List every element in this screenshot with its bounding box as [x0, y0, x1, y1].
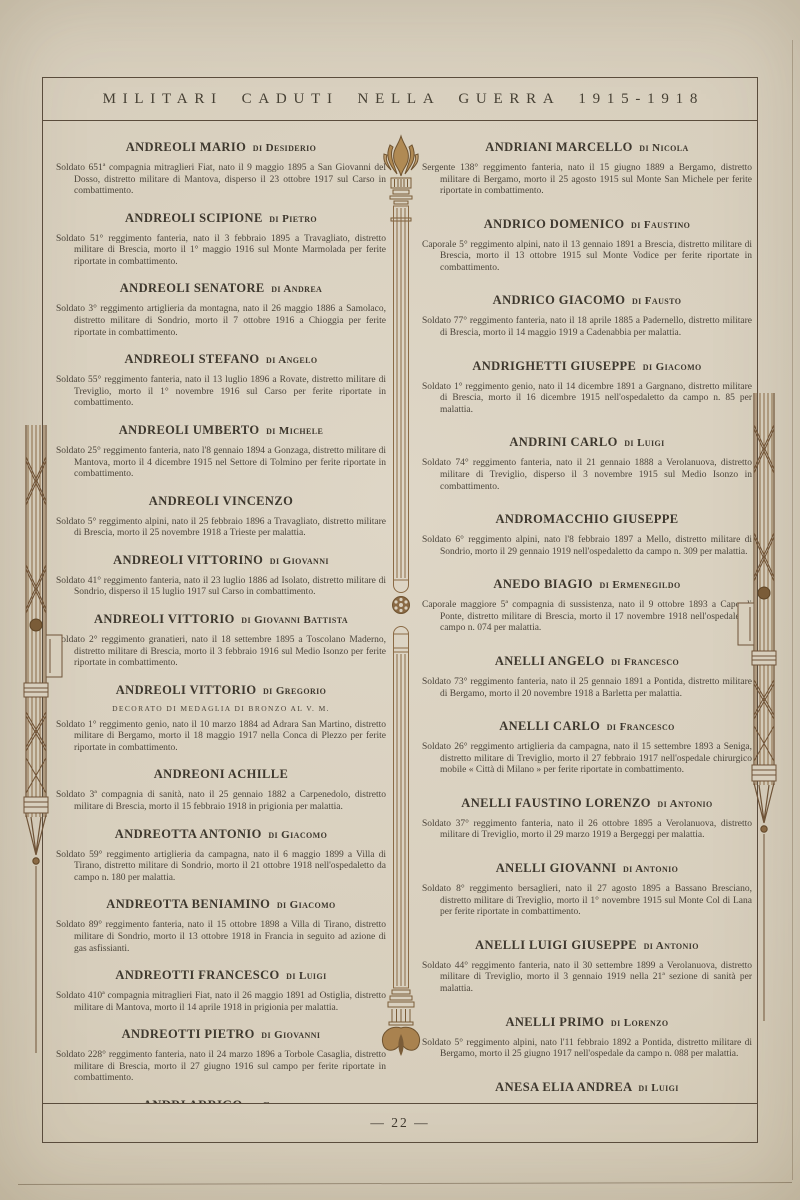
casualty-entry: ANDREOLI SCIPIONE di Pietro Soldato 51° … — [56, 211, 386, 269]
entry-text: Sergente 138° reggimento fanteria, nato … — [422, 163, 752, 198]
entry-patronymic: di Gregorio — [263, 685, 326, 697]
entry-name-heading: ANELLI PRIMO di Lorenzo — [422, 1015, 752, 1030]
entry-patronymic: di Antonio — [657, 798, 712, 810]
entry-patronymic: di Francesco — [607, 721, 675, 733]
entry-name-heading: ANELLI LUIGI GIUSEPPE di Antonio — [422, 938, 752, 953]
casualty-entry: ANDRIANI MARCELLO di Nicola Sergente 138… — [422, 140, 752, 198]
entry-name-heading: ANELLI GIOVANNI di Antonio — [422, 861, 752, 876]
entry-patronymic: di Giacomo — [268, 829, 327, 841]
entry-surname: ANELLI GIOVANNI — [496, 861, 617, 875]
entry-name-heading: ANELLI CARLO di Francesco — [422, 719, 752, 734]
entry-surname: ANDREOLI SCIPIONE — [125, 211, 263, 225]
entry-decoration-note: DECORATO DI MEDAGLIA DI BRONZO AL V. M. — [56, 704, 386, 713]
page-right-edge — [792, 40, 793, 1180]
entry-patronymic: di Angelo — [266, 354, 317, 366]
entry-text: Soldato 55° reggimento fanteria, nato il… — [56, 375, 386, 410]
casualty-entry: ANDRIGHETTI GIUSEPPE di Giacomo Soldato … — [422, 359, 752, 417]
casualty-entry: ANDREOTTA ANTONIO di Giacomo Soldato 59°… — [56, 827, 386, 885]
entry-text: Soldato 5° reggimento alpini, nato il 25… — [56, 517, 386, 540]
entry-name-heading: ANDREOLI VINCENZO — [56, 494, 386, 509]
right-column: ANDRIANI MARCELLO di Nicola Sergente 138… — [422, 131, 752, 1103]
entry-surname: ANDREOTTA BENIAMINO — [106, 897, 270, 911]
entry-patronymic: di Antonio — [623, 863, 678, 875]
entry-patronymic: di Giacomo — [643, 361, 702, 373]
casualty-entry: ANELLI GIOVANNI di Antonio Soldato 8° re… — [422, 861, 752, 919]
entry-patronymic: di Luigi — [638, 1082, 678, 1094]
entry-text: Soldato 8° reggimento bersaglieri, nato … — [422, 884, 752, 919]
entry-patronymic: di Lorenzo — [611, 1017, 669, 1029]
entry-surname: ANDRI ARRIGO — [143, 1098, 243, 1103]
entry-name-heading: ANEDO BIAGIO di Ermenegildo — [422, 577, 752, 592]
casualty-entry: ANDROMACCHIO GIUSEPPE Soldato 6° reggime… — [422, 512, 752, 558]
entry-name-heading: ANDRI ARRIGO di Cesare — [56, 1098, 386, 1103]
entry-surname: ANELLI CARLO — [499, 719, 600, 733]
casualty-entry: ANDRICO DOMENICO di Faustino Caporale 5°… — [422, 217, 752, 275]
entry-text: Soldato 26° reggimento artiglieria da ca… — [422, 742, 752, 777]
entry-name-heading: ANDREOTTI FRANCESCO di Luigi — [56, 968, 386, 983]
entry-surname: ANDRINI CARLO — [509, 435, 617, 449]
entry-patronymic: di Desiderio — [253, 142, 317, 154]
entry-patronymic: di Giovanni — [270, 555, 329, 567]
casualty-entry: ANELLI FAUSTINO LORENZO di Antonio Solda… — [422, 796, 752, 842]
entry-text: Soldato 59° reggimento artiglieria da ca… — [56, 850, 386, 885]
entry-name-heading: ANDREOLI STEFANO di Angelo — [56, 352, 386, 367]
entry-surname: ANDREOLI STEFANO — [124, 352, 259, 366]
page-number: — 22 — — [370, 1115, 429, 1131]
entry-patronymic: di Michele — [266, 425, 323, 437]
entry-name-heading: ANDREOTTI PIETRO di Giovanni — [56, 1027, 386, 1042]
casualty-entry: ANELLI LUIGI GIUSEPPE di Antonio Soldato… — [422, 938, 752, 996]
entry-surname: ANDREOLI UMBERTO — [119, 423, 260, 437]
entry-surname: ANELLI ANGELO — [495, 654, 605, 668]
entry-name-heading: ANDROMACCHIO GIUSEPPE — [422, 512, 752, 527]
casualty-entry: ANDREOLI VINCENZO Soldato 5° reggimento … — [56, 494, 386, 540]
entry-name-heading: ANDRINI CARLO di Luigi — [422, 435, 752, 450]
entry-patronymic: di Pietro — [269, 213, 317, 225]
entry-patronymic: di Fausto — [632, 295, 681, 307]
page-bottom-edge — [18, 1182, 792, 1185]
entry-name-heading: ANDREOTTA BENIAMINO di Giacomo — [56, 897, 386, 912]
casualty-entry: ANDREOLI VITTORIO di Gregorio DECORATO D… — [56, 683, 386, 755]
entry-name-heading: ANDREONI ACHILLE — [56, 767, 386, 782]
entry-patronymic: di Andrea — [271, 283, 322, 295]
entry-name-heading: ANDREOLI UMBERTO di Michele — [56, 423, 386, 438]
entry-surname: ANDRIANI MARCELLO — [485, 140, 632, 154]
entry-text: Soldato 1° reggimento genio, nato il 14 … — [422, 382, 752, 417]
entry-text: Soldato 25° reggimento fanteria, nato l'… — [56, 446, 386, 481]
entry-text: Soldato 51° reggimento fanteria, nato il… — [56, 234, 386, 269]
entry-patronymic: di Giovanni Battista — [241, 614, 348, 626]
scanned-page: MILITARI CADUTI NELLA GUERRA 1915-1918 A… — [0, 0, 800, 1200]
entry-surname: ANDREONI ACHILLE — [154, 767, 289, 781]
casualty-entry: ANDREOLI UMBERTO di Michele Soldato 25° … — [56, 423, 386, 481]
casualty-entry: ANELLI ANGELO di Francesco Soldato 73° r… — [422, 654, 752, 700]
page-title: MILITARI CADUTI NELLA GUERRA 1915-1918 — [96, 91, 704, 108]
left-column: ANDREOLI MARIO di Desiderio Soldato 651ª… — [56, 131, 386, 1103]
entry-surname: ANELLI PRIMO — [505, 1015, 604, 1029]
page-footer: — 22 — — [43, 1103, 757, 1142]
entry-surname: ANEDO BIAGIO — [493, 577, 593, 591]
page-header: MILITARI CADUTI NELLA GUERRA 1915-1918 — [43, 78, 757, 121]
entry-surname: ANDRICO GIACOMO — [493, 293, 626, 307]
entry-patronymic: di Faustino — [631, 219, 690, 231]
casualty-entry: ANDRICO GIACOMO di Fausto Soldato 77° re… — [422, 293, 752, 339]
entry-patronymic: di Ermenegildo — [600, 579, 681, 591]
entries-area: ANDREOLI MARIO di Desiderio Soldato 651ª… — [43, 121, 757, 1103]
entry-text: Soldato 74° reggimento fanteria, nato il… — [422, 458, 752, 493]
entry-patronymic: di Giovanni — [261, 1029, 320, 1041]
entry-surname: ANDREOLI VITTORIO — [94, 612, 235, 626]
entry-surname: ANDREOLI VITTORINO — [113, 553, 263, 567]
entry-text: Soldato 3ª compagnia di sanità, nato il … — [56, 790, 386, 813]
entry-text: Soldato 44° reggimento fanteria, nato il… — [422, 961, 752, 996]
entry-text: Soldato 41° reggimento fanteria, nato il… — [56, 576, 386, 599]
entry-text: Caporale maggiore 5ª compagnia di sussis… — [422, 600, 752, 635]
casualty-entry: ANDRINI CARLO di Luigi Soldato 74° reggi… — [422, 435, 752, 493]
entry-text: Soldato 3° reggimento artiglieria da mon… — [56, 304, 386, 339]
entry-surname: ANDREOLI SENATORE — [120, 281, 265, 295]
entry-text: Soldato 37° reggimento fanteria, nato il… — [422, 819, 752, 842]
entry-name-heading: ANDRIGHETTI GIUSEPPE di Giacomo — [422, 359, 752, 374]
entry-text: Soldato 89° reggimento fanteria, nato il… — [56, 920, 386, 955]
entry-name-heading: ANDREOLI VITTORIO di Gregorio — [56, 683, 386, 698]
casualty-entry: ANELLI CARLO di Francesco Soldato 26° re… — [422, 719, 752, 777]
casualty-entry: ANDREOLI MARIO di Desiderio Soldato 651ª… — [56, 140, 386, 198]
entry-surname: ANDREOLI VINCENZO — [149, 494, 293, 508]
entry-surname: ANDREOLI VITTORIO — [116, 683, 257, 697]
page-frame: MILITARI CADUTI NELLA GUERRA 1915-1918 A… — [42, 77, 758, 1143]
entry-surname: ANDROMACCHIO GIUSEPPE — [495, 512, 678, 526]
entry-name-heading: ANDREOLI MARIO di Desiderio — [56, 140, 386, 155]
entry-surname: ANESA ELIA ANDREA — [495, 1080, 632, 1094]
entry-surname: ANDRICO DOMENICO — [484, 217, 625, 231]
casualty-entry: ANDREOTTA BENIAMINO di Giacomo Soldato 8… — [56, 897, 386, 955]
entry-patronymic: di Luigi — [624, 437, 664, 449]
casualty-entry: ANDREOLI VITTORIO di Giovanni Battista S… — [56, 612, 386, 670]
entry-surname: ANDREOLI MARIO — [126, 140, 247, 154]
entry-name-heading: ANDREOLI VITTORIO di Giovanni Battista — [56, 612, 386, 627]
entry-text: Soldato 5° reggimento alpini, nato l'11 … — [422, 1038, 752, 1061]
entry-name-heading: ANDREOLI SCIPIONE di Pietro — [56, 211, 386, 226]
entry-name-heading: ANDRICO DOMENICO di Faustino — [422, 217, 752, 232]
casualty-entry: ANELLI PRIMO di Lorenzo Soldato 5° reggi… — [422, 1015, 752, 1061]
entry-text: Soldato 6° reggimento alpini, nato l'8 f… — [422, 535, 752, 558]
entry-name-heading: ANESA ELIA ANDREA di Luigi — [422, 1080, 752, 1095]
entry-surname: ANELLI FAUSTINO LORENZO — [461, 796, 651, 810]
casualty-entry: ANDRI ARRIGO di Cesare DECORATO DI DUE M… — [56, 1098, 386, 1103]
entry-name-heading: ANDREOLI VITTORINO di Giovanni — [56, 553, 386, 568]
entry-patronymic: di Luigi — [286, 970, 326, 982]
entry-surname: ANDREOTTI PIETRO — [122, 1027, 255, 1041]
casualty-entry: ANEDO BIAGIO di Ermenegildo Caporale mag… — [422, 577, 752, 635]
entry-name-heading: ANDREOTTA ANTONIO di Giacomo — [56, 827, 386, 842]
entry-text: Soldato 651ª compagnia mitraglieri Fiat,… — [56, 163, 386, 198]
entry-name-heading: ANELLI ANGELO di Francesco — [422, 654, 752, 669]
entry-text: Soldato 228° reggimento fanteria, nato i… — [56, 1050, 386, 1085]
entry-name-heading: ANDREOLI SENATORE di Andrea — [56, 281, 386, 296]
entry-patronymic: di Francesco — [611, 656, 679, 668]
entry-text: Soldato 1° reggimento genio, nato il 10 … — [56, 720, 386, 755]
entry-surname: ANDREOTTA ANTONIO — [115, 827, 262, 841]
entry-text: Caporale 5° reggimento alpini, nato il 1… — [422, 240, 752, 275]
entry-text: Soldato 73° reggimento fanteria, nato il… — [422, 677, 752, 700]
entry-patronymic: di Cesare — [249, 1100, 299, 1103]
entry-surname: ANDRIGHETTI GIUSEPPE — [472, 359, 636, 373]
casualty-entry: ANDREOLI SENATORE di Andrea Soldato 3° r… — [56, 281, 386, 339]
entry-name-heading: ANDRIANI MARCELLO di Nicola — [422, 140, 752, 155]
entry-text: Soldato 2° reggimento granatieri, nato i… — [56, 635, 386, 670]
casualty-entry: ANESA ELIA ANDREA di Luigi Soldato 160° … — [422, 1080, 752, 1103]
entry-name-heading: ANDRICO GIACOMO di Fausto — [422, 293, 752, 308]
casualty-entry: ANDREOTTI PIETRO di Giovanni Soldato 228… — [56, 1027, 386, 1085]
entry-patronymic: di Giacomo — [277, 899, 336, 911]
entry-surname: ANELLI LUIGI GIUSEPPE — [475, 938, 637, 952]
entry-text: Soldato 410ª compagnia mitraglieri Fiat,… — [56, 991, 386, 1014]
entry-patronymic: di Nicola — [639, 142, 688, 154]
entry-surname: ANDREOTTI FRANCESCO — [115, 968, 279, 982]
entry-patronymic: di Antonio — [644, 940, 699, 952]
casualty-entry: ANDREOLI STEFANO di Angelo Soldato 55° r… — [56, 352, 386, 410]
casualty-entry: ANDREOLI VITTORINO di Giovanni Soldato 4… — [56, 553, 386, 599]
entry-name-heading: ANELLI FAUSTINO LORENZO di Antonio — [422, 796, 752, 811]
casualty-entry: ANDREONI ACHILLE Soldato 3ª compagnia di… — [56, 767, 386, 813]
entry-text: Soldato 77° reggimento fanteria, nato il… — [422, 316, 752, 339]
casualty-entry: ANDREOTTI FRANCESCO di Luigi Soldato 410… — [56, 968, 386, 1014]
